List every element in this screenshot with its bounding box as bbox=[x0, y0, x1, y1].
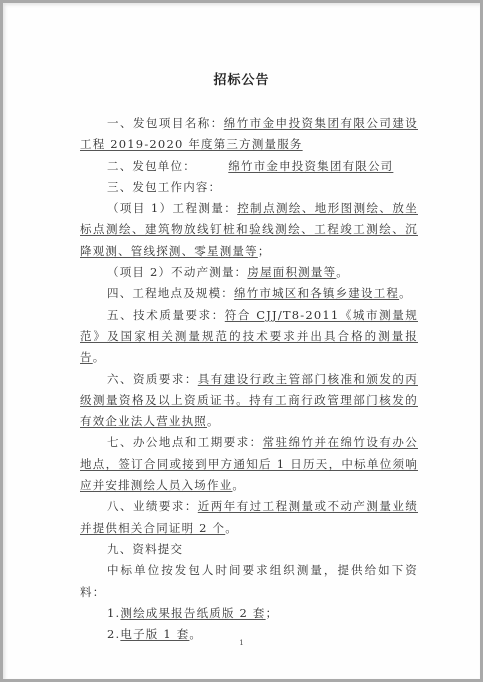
section-label: 四、工程地点及规模： bbox=[107, 286, 234, 300]
document-body: 一、发包项目名称：绵竹市金申投资集团有限公司建设工程 2019-2020 年度第… bbox=[80, 113, 418, 645]
section-quality: 五、技术质量要求：符合 CJJ/T8-2011《城市测量规范》及国家相关测量规范… bbox=[80, 305, 418, 369]
section-label: （项目 1）工程测量： bbox=[107, 201, 237, 215]
section-label: 二、发包单位： bbox=[107, 159, 190, 173]
section-label: 七、办公地点和工期要求： bbox=[107, 435, 263, 449]
submission-description: 中标单位按发包人时间要求组织测量，提供给如下资料： bbox=[80, 560, 418, 603]
section-item-1: （项目 1）工程测量：控制点测绘、地形图测绘、放坐标点测绘、建筑物放线钉桩和验线… bbox=[80, 198, 418, 262]
section-office-schedule: 七、办公地点和工期要求：常驻绵竹并在绵竹设有办公地点，签订合同或接到甲方通知后 … bbox=[80, 432, 418, 496]
section-label: 六、资质要求： bbox=[107, 372, 198, 386]
section-item-2: （项目 2）不动产测量：房屋面积测量等。 bbox=[80, 262, 418, 283]
section-location: 四、工程地点及规模：绵竹市城区和各镇乡建设工程。 bbox=[80, 283, 418, 304]
section-label: 八、业绩要求： bbox=[107, 499, 198, 513]
section-value: 绵竹市城区和各镇乡建设工程 bbox=[234, 286, 399, 300]
punctuation: 。 bbox=[232, 478, 245, 492]
punctuation: 。 bbox=[93, 350, 106, 364]
section-label: 五、技术质量要求： bbox=[107, 308, 225, 322]
section-label: 三、发包工作内容： bbox=[107, 180, 221, 194]
section-performance: 八、业绩要求：近两年有过工程测量或不动产测量业绩并提供相关合同证明 2 个。 bbox=[80, 496, 418, 539]
punctuation: ； bbox=[258, 244, 271, 258]
section-value: 测绘成果报告纸质版 2 套 bbox=[120, 606, 265, 620]
section-work-content: 三、发包工作内容： bbox=[80, 177, 418, 198]
spacer bbox=[190, 159, 228, 173]
section-value: 房屋面积测量等 bbox=[247, 265, 336, 279]
punctuation: ； bbox=[266, 606, 279, 620]
section-label: 一、发包项目名称： bbox=[107, 116, 224, 130]
punctuation: 。 bbox=[207, 414, 220, 428]
punctuation: 。 bbox=[336, 265, 349, 279]
page-number: 1 bbox=[3, 639, 480, 647]
document-title: 招标公告 bbox=[3, 69, 480, 88]
section-qualification: 六、资质要求：具有建设行政主管部门核准和颁发的丙级测量资格及以上资质证书。持有工… bbox=[80, 369, 418, 433]
section-label: 九、资料提交 bbox=[107, 542, 183, 556]
section-value: 绵竹市金申投资集团有限公司 bbox=[228, 159, 393, 173]
punctuation: 。 bbox=[399, 286, 412, 300]
section-submission: 九、资料提交 bbox=[80, 539, 418, 560]
punctuation: 。 bbox=[225, 521, 238, 535]
section-label: （项目 2）不动产测量： bbox=[107, 265, 247, 279]
section-contracting-unit: 二、发包单位： 绵竹市金申投资集团有限公司 bbox=[80, 156, 418, 177]
submission-item-1: 1.测绘成果报告纸质版 2 套； bbox=[80, 603, 418, 624]
list-number: 1. bbox=[107, 606, 120, 620]
paragraph-text: 中标单位按发包人时间要求组织测量，提供给如下资料： bbox=[80, 563, 418, 598]
section-project-name: 一、发包项目名称：绵竹市金申投资集团有限公司建设工程 2019-2020 年度第… bbox=[80, 113, 418, 156]
document-page: 招标公告 一、发包项目名称：绵竹市金申投资集团有限公司建设工程 2019-202… bbox=[3, 3, 480, 679]
